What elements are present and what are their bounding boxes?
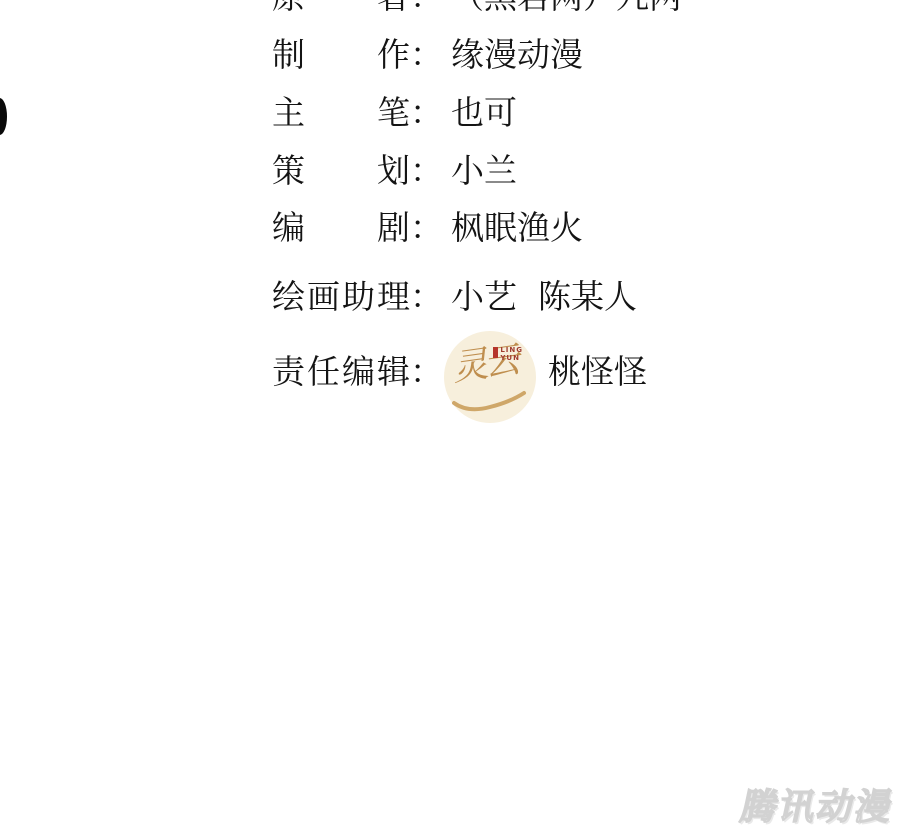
credit-colon: ：	[410, 0, 443, 15]
label-char: 原	[272, 0, 305, 15]
credit-row-art-assistants: 绘画助理：小艺 陈某人	[272, 279, 637, 315]
label-char: 画	[307, 279, 340, 315]
credit-label: 原著	[272, 0, 410, 15]
credit-value: 小艺 陈某人	[451, 279, 637, 315]
credit-row-production: 制作：缘漫动漫	[272, 37, 583, 73]
calligraphy-swoosh-stroke	[450, 383, 530, 417]
credit-label: 主笔	[272, 95, 410, 131]
label-char: 绘	[272, 279, 305, 315]
red-seal-icon	[493, 347, 498, 358]
label-char: 责	[272, 354, 305, 390]
latin-line: LING	[500, 346, 523, 354]
clipped-artwork-fragment	[0, 98, 7, 135]
label-char: 助	[342, 279, 375, 315]
credit-colon: ：	[410, 153, 443, 189]
tencent-comics-watermark: 腾讯动漫	[737, 779, 900, 830]
latin-line: YUN	[500, 354, 520, 362]
credit-row-original-author: 原著：（黑岩网）九两	[272, 0, 682, 15]
credit-row-screenwriter: 编剧：枫眠渔火	[272, 210, 583, 246]
credit-value: 枫眠渔火	[451, 210, 583, 246]
credit-label: 编剧	[272, 210, 410, 246]
label-char: 策	[272, 153, 305, 189]
credit-colon: ：	[410, 279, 443, 315]
credit-row-planner: 策划：小兰	[272, 153, 517, 189]
label-char: 著	[377, 0, 410, 15]
label-char: 笔	[377, 95, 410, 131]
label-char: 任	[307, 354, 340, 390]
label-char: 编	[272, 210, 305, 246]
credit-value: （黑岩网）九两	[451, 0, 682, 15]
label-char: 主	[272, 95, 305, 131]
credit-label: 绘画助理	[272, 279, 410, 315]
label-char: 划	[377, 153, 410, 189]
credit-colon: ：	[410, 210, 443, 246]
credit-value: 缘漫动漫	[451, 37, 583, 73]
label-char: 剧	[377, 210, 410, 246]
label-char: 理	[377, 279, 410, 315]
credit-label: 策划	[272, 153, 410, 189]
label-char: 作	[377, 37, 410, 73]
credit-label: 责任编辑	[272, 354, 410, 390]
credit-row-editor: 责任编辑：桃怪怪	[272, 354, 443, 390]
credit-value: 桃怪怪	[548, 354, 647, 390]
lingyun-studio-logo: 灵云 LINGYUN	[444, 331, 536, 423]
lingyun-latin-text: LINGYUN	[500, 346, 523, 362]
credit-label: 制作	[272, 37, 410, 73]
label-char: 辑	[377, 354, 410, 390]
label-char: 编	[342, 354, 375, 390]
credit-value: 小兰	[451, 153, 517, 189]
credit-colon: ：	[410, 95, 443, 131]
label-char: 制	[272, 37, 305, 73]
credit-colon: ：	[410, 354, 443, 390]
credit-row-lead-artist: 主笔：也可	[272, 95, 517, 131]
credit-colon: ：	[410, 37, 443, 73]
credit-value: 也可	[451, 95, 517, 131]
